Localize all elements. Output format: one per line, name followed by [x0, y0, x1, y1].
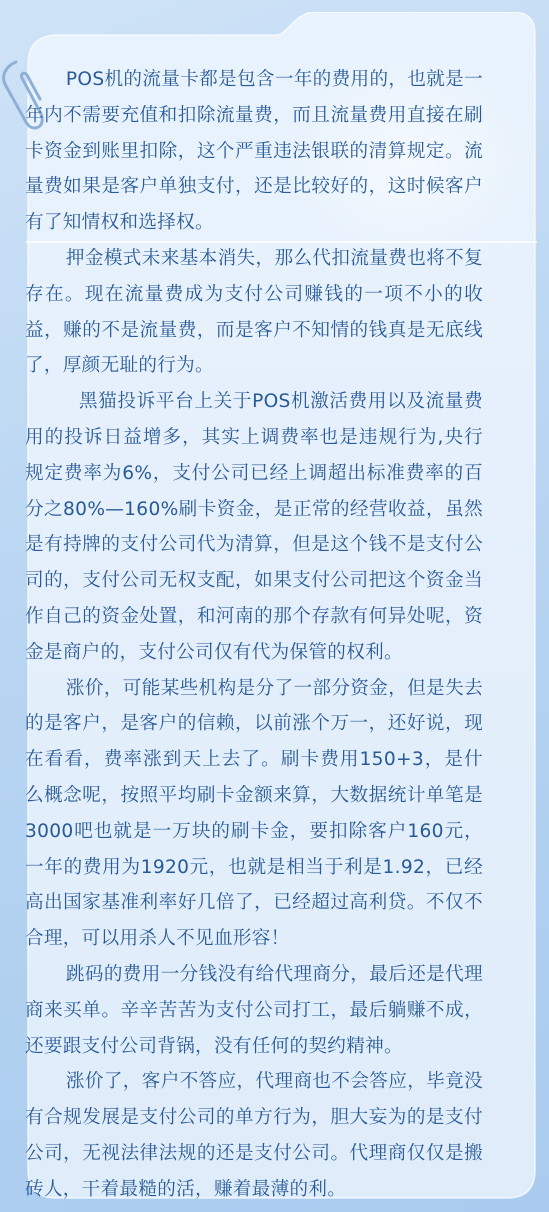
paragraph-5: 跳码的费用一分钱没有给代理商分，最后还是代理商来买单。辛辛苦苦为支付公司打工，最…	[25, 957, 483, 1064]
paragraph-6: 涨价了，客户不答应，代理商也不会答应，毕竟没有合规发展是支付公司的单方行为，胆大…	[25, 1064, 483, 1207]
paragraph-4: 涨价，可能某些机构是分了一部分资金，但是失去的是客户，是客户的信赖，以前涨个万一…	[25, 671, 483, 957]
paragraph-2: 押金模式未来基本消失，那么代扣流量费也将不复存在。现在流量费成为支付公司赚钱的一…	[25, 241, 483, 384]
paragraph-1: POS机的流量卡都是包含一年的费用的，也就是一年内不需要充值和扣除流量费，而且流…	[25, 62, 483, 241]
article-body: POS机的流量卡都是包含一年的费用的，也就是一年内不需要充值和扣除流量费，而且流…	[25, 62, 483, 1208]
paragraph-3: 黑猫投诉平台上关于POS机激活费用以及流量费用的投诉日益增多，其实上调费率也是违…	[25, 384, 483, 670]
